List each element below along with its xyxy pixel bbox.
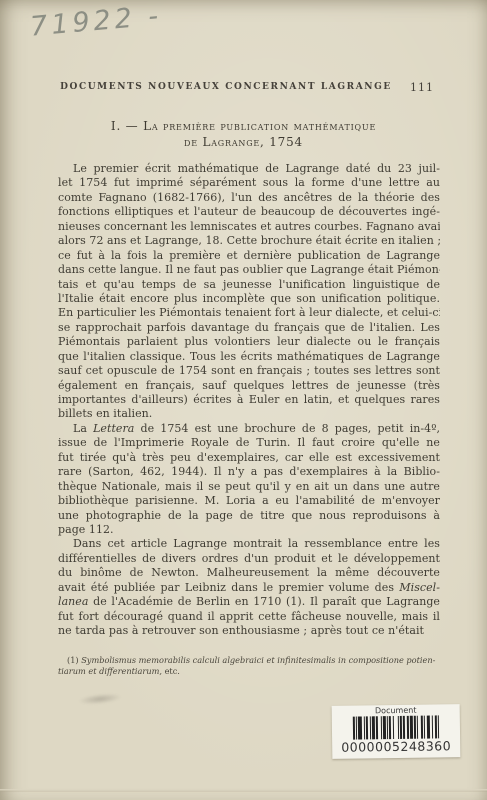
text-line: bibliothèque parisienne. M. Loria a eu l…	[58, 494, 440, 508]
text-line: dans cette langue. Il ne faut pas oublie…	[58, 263, 440, 277]
running-head-title: DOCUMENTS NOUVEAUX CONCERNANT LAGRANGE	[58, 82, 394, 92]
paragraph-1: Le premier écrit mathématique de Lagrang…	[58, 162, 440, 422]
text-line: tais et qu'au temps de sa jeunesse l'uni…	[58, 278, 440, 292]
text-line: thèque Nationale, mais il se peut qu'il …	[58, 480, 440, 494]
section-heading-line1: I. — La première publication mathématiqu…	[40, 118, 447, 134]
body-text: Le premier écrit mathématique de Lagrang…	[58, 162, 440, 638]
text-line: (1) Symbolismus memorabilis calculi alge…	[58, 655, 442, 666]
text-line: avait été publiée par Leibniz dans le pr…	[58, 581, 440, 595]
pencil-smudge	[78, 692, 123, 707]
text-line: une photographie de la page de titre que…	[58, 509, 440, 523]
text-line: Piémontais parlaient plus volontiers leu…	[58, 335, 440, 349]
section-heading: I. — La première publication mathématiqu…	[40, 118, 447, 150]
text-line: nieuses concernant les lemniscates et au…	[58, 220, 440, 234]
text-line: ce fut à la fois la première et dernière…	[58, 249, 440, 263]
text-line: tiarum et differentiarum, etc.	[58, 666, 442, 677]
text-line: que l'italien classique. Tous les écrits…	[58, 350, 440, 364]
section-heading-line2: de Lagrange, 1754	[40, 134, 447, 150]
page-number: 111	[410, 81, 434, 94]
handwritten-accession-number: 71922 -	[29, 0, 163, 42]
paragraph-2: La Lettera de 1754 est une brochure de 8…	[58, 422, 440, 538]
text-line: billets en italien.	[58, 407, 440, 421]
text-line: alors 72 ans et Lagrange, 18. Cette broc…	[58, 234, 440, 248]
text-line: sauf cet opuscule de 1754 sont en frança…	[58, 364, 440, 378]
text-line: fonctions elliptiques et l'auteur de bea…	[58, 205, 440, 219]
barcode-icon	[338, 715, 454, 740]
text-line: comte Fagnano (1682-1766), l'un des ancê…	[58, 191, 440, 205]
text-line: La Lettera de 1754 est une brochure de 8…	[58, 422, 440, 436]
text-line: let 1754 fut imprimé séparément sous la …	[58, 176, 440, 190]
text-line: du binôme de Newton. Malheureusement la …	[58, 566, 440, 580]
text-line: En particulier les Piémontais tenaient f…	[58, 306, 440, 320]
text-line: importantes d'ailleurs) écrites à Euler …	[58, 393, 440, 407]
text-line: fut tirée qu'à très peu d'exemplaires, c…	[58, 451, 440, 465]
text-line: ne tarda pas à retrouver son enthousiasm…	[58, 624, 440, 638]
barcode-number: 0000005248360	[332, 738, 460, 755]
footnote: (1) Symbolismus memorabilis calculi alge…	[58, 655, 442, 676]
text-line: rare (Sarton, 462, 1944). Il n'y a pas d…	[58, 465, 440, 479]
text-line: lanea de l'Académie de Berlin en 1710 (1…	[58, 595, 440, 609]
text-line: issue de l'Imprimerie Royale de Turin. I…	[58, 436, 440, 450]
scan-bottom-edge	[0, 789, 487, 800]
text-line: Le premier écrit mathématique de Lagrang…	[58, 162, 440, 176]
text-line: se rapprochait parfois davantage du fran…	[58, 321, 440, 335]
text-line: page 112.	[58, 523, 440, 537]
running-head: DOCUMENTS NOUVEAUX CONCERNANT LAGRANGE 1…	[58, 82, 440, 96]
text-line: Dans cet article Lagrange montrait la re…	[58, 537, 440, 551]
text-line: fut fort découragé quand il apprit cette…	[58, 610, 440, 624]
text-line: également en français, sauf quelques let…	[58, 379, 440, 393]
text-line: l'Italie était encore plus incomplète qu…	[58, 292, 440, 306]
scanned-book-page: 71922 - DOCUMENTS NOUVEAUX CONCERNANT LA…	[0, 0, 487, 800]
paragraph-3: Dans cet article Lagrange montrait la re…	[58, 537, 440, 638]
library-barcode-sticker: Document 0000005248360	[332, 704, 461, 759]
text-line: différentielles de divers ordres d'un pr…	[58, 552, 440, 566]
